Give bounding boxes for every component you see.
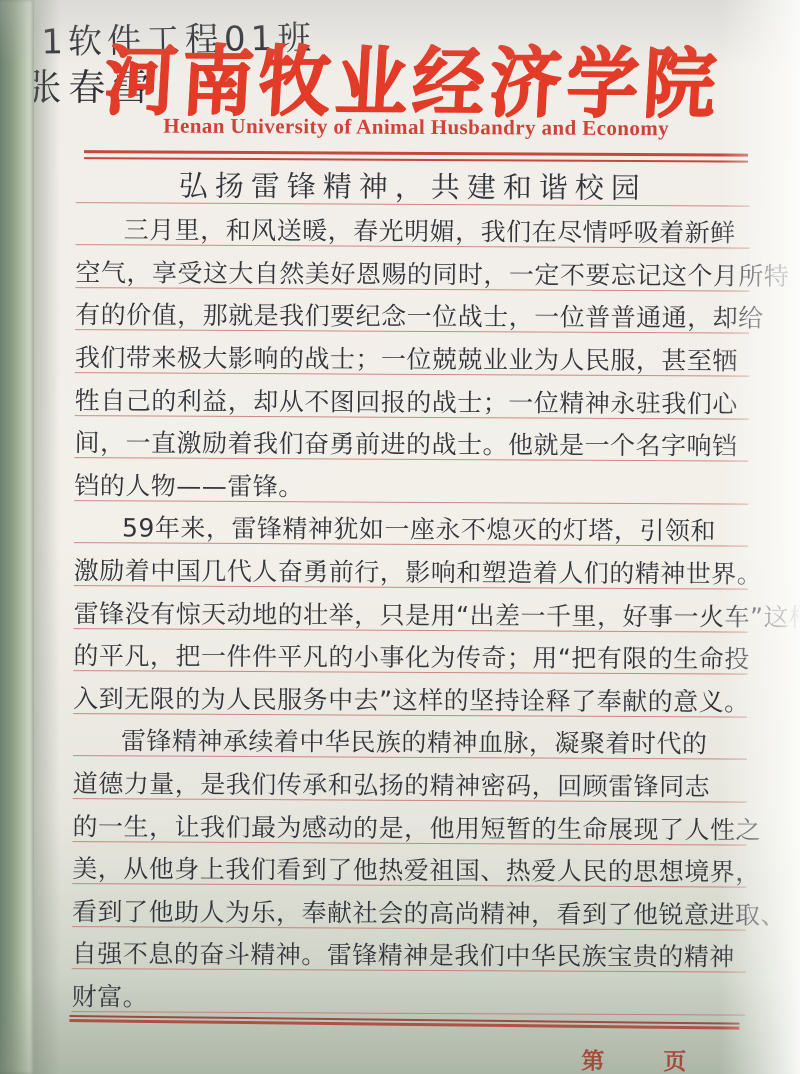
essay-line-text: 空气，享受这大自然美好恩赐的同时，一定不要忘记这个月所特 xyxy=(75,253,789,293)
essay-line-text: 59年来，雷锋精神犹如一座永不熄灭的灯塔，引领和 xyxy=(74,508,716,547)
essay-line-text: 铛的人物——雷锋。 xyxy=(74,466,304,503)
essay-line-text: 我们带来极大影响的战士；一位兢兢业业为人民服，甚至牺 xyxy=(75,338,738,377)
essay-line-text: 的平凡，把一件件平凡的小事化为传奇；用“把有限的生命投 xyxy=(73,636,750,676)
essay-line-text: 美，从他身上我们看到了他热爱祖国、热爱人民的思想境界， xyxy=(72,849,761,889)
page-footer: 第 页 xyxy=(0,1040,795,1044)
page-label-suffix: 页 xyxy=(663,1043,686,1074)
essay-line-text: 财富。 xyxy=(72,977,149,1013)
essay-line: 道德力量，是我们传承和弘扬的精神密码，回顾雷锋同志 xyxy=(73,756,747,802)
essay-line: 59年来，雷锋精神犹如一座永不熄灭的灯塔，引领和 xyxy=(74,501,748,547)
essay-line: 有的价值，那就是我们要纪念一位战士，一位普普通通，却给 xyxy=(75,288,749,334)
essay-line-text: 入到无限的为人民服务中去”这样的坚持诠释了奉献的意义。 xyxy=(73,679,750,719)
essay-line: 的一生，让我们最为感动的是，他用短暂的生命展现了人性之 xyxy=(72,799,746,845)
essay-line: 三月里，和风送暖，春光明媚，我们在尽情呼吸着新鲜 xyxy=(76,203,750,249)
essay-line: 铛的人物——雷锋。 xyxy=(74,458,748,504)
essay-line: 财富。 xyxy=(72,969,746,1015)
essay-line: 弘扬雷锋精神，共建和谐校园 xyxy=(76,160,750,206)
essay-line: 的平凡，把一件件平凡的小事化为传奇；用“把有限的生命投 xyxy=(73,629,747,675)
university-name-english: Henan University of Animal Husbandry and… xyxy=(80,113,752,142)
footer-divider-rule xyxy=(69,1015,739,1030)
essay-line-text: 牲自己的利益，却从不图回报的战士；一位精神永驻我们心 xyxy=(75,381,738,420)
essay-line-text: 雷锋没有惊天动地的壮举，只是用“出差一千里，好事一火车”这样 xyxy=(74,594,800,634)
essay-line: 入到无限的为人民服务中去”这样的坚持诠释了奉献的意义。 xyxy=(73,671,747,717)
photo-of-handwritten-essay: 21软件工程01班 张春雪 河南牧业经济学院 Henan University … xyxy=(0,0,800,1074)
essay-line-text: 三月里，和风送暖，春光明媚，我们在尽情呼吸着新鲜 xyxy=(76,210,736,249)
essay-line-text: 的一生，让我们最为感动的是，他用短暂的生命展现了人性之 xyxy=(72,807,761,847)
essay-line-text: 弘扬雷锋精神，共建和谐校园 xyxy=(179,163,647,206)
essay-line-text: 激励着中国几代人奋勇前行，影响和塑造着人们的精神世界。 xyxy=(74,551,763,591)
essay-body: 弘扬雷锋精神，共建和谐校园三月里，和风送暖，春光明媚，我们在尽情呼吸着新鲜空气，… xyxy=(72,160,750,1015)
background-wall-strip xyxy=(0,0,34,1074)
essay-line: 雷锋没有惊天动地的壮举，只是用“出差一千里，好事一火车”这样 xyxy=(74,586,748,632)
essay-line: 空气，享受这大自然美好恩赐的同时，一定不要忘记这个月所特 xyxy=(75,245,749,291)
paper-sheet: 21软件工程01班 张春雪 河南牧业经济学院 Henan University … xyxy=(0,0,800,1074)
essay-line: 我们带来极大影响的战士；一位兢兢业业为人民服，甚至牺 xyxy=(75,330,749,376)
essay-line: 美，从他身上我们看到了他热爱祖国、热爱人民的思想境界， xyxy=(72,842,746,888)
essay-line-text: 看到了他助人为乐，奉献社会的高尚精神，看到了他锐意进取、 xyxy=(72,892,786,932)
essay-line: 自强不息的奋斗精神。雷锋精神是我们中华民族宝贵的精神 xyxy=(72,927,746,973)
essay-line-text: 雷锋精神承续着中华民族的精神血脉，凝聚着时代的 xyxy=(73,721,708,760)
essay-line: 间，一直激励着我们奋勇前进的战士。他就是一个名字响铛 xyxy=(74,416,748,462)
essay-line: 激励着中国几代人奋勇前行，影响和塑造着人们的精神世界。 xyxy=(74,543,748,589)
essay-line-text: 道德力量，是我们传承和弘扬的精神密码，回顾雷锋同志 xyxy=(73,764,711,803)
page-label-prefix: 第 xyxy=(581,1043,604,1074)
essay-line: 牲自己的利益，却从不图回报的战士；一位精神永驻我们心 xyxy=(75,373,749,419)
essay-line: 看到了他助人为乐，奉献社会的高尚精神，看到了他锐意进取、 xyxy=(72,884,746,930)
essay-line: 雷锋精神承续着中华民族的精神血脉，凝聚着时代的 xyxy=(73,714,747,760)
essay-line-text: 间，一直激励着我们奋勇前进的战士。他就是一个名字响铛 xyxy=(74,423,737,462)
essay-line-text: 有的价值，那就是我们要纪念一位战士，一位普普通通，却给 xyxy=(75,295,764,335)
essay-line-text: 自强不息的奋斗精神。雷锋精神是我们中华民族宝贵的精神 xyxy=(72,934,735,973)
